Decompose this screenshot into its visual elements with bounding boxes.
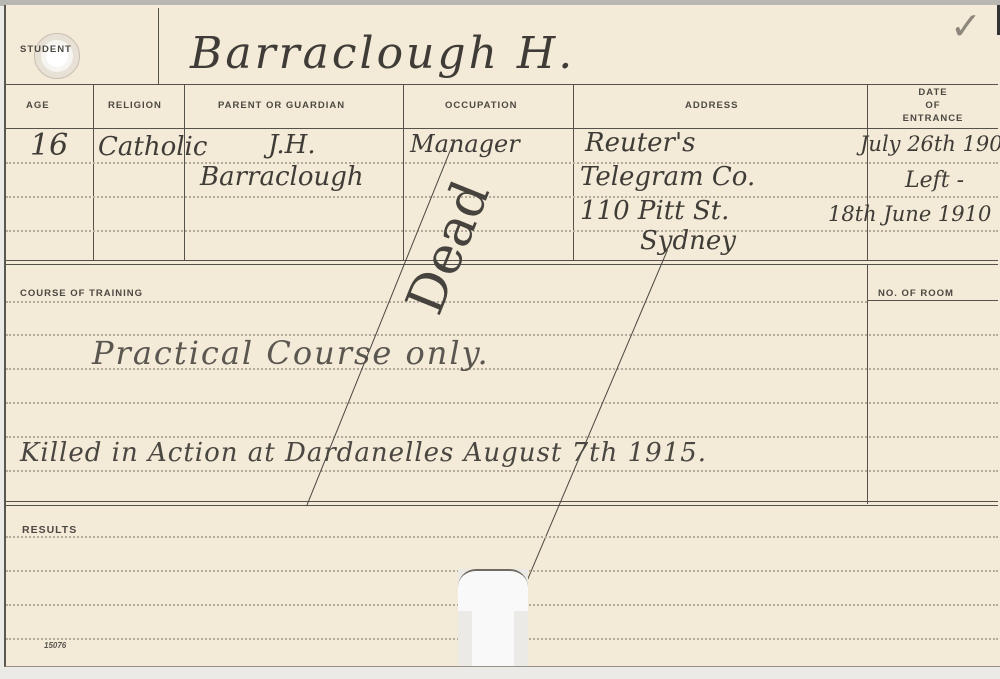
row-rule — [6, 196, 998, 198]
col-divider-religion — [184, 84, 185, 260]
date-value-1: July 26th 1909 — [860, 132, 1000, 156]
student-divider — [158, 8, 159, 84]
table-bottom-line-2 — [6, 264, 998, 265]
header-address: ADDRESS — [685, 100, 738, 111]
header-date-2: OF — [868, 100, 998, 111]
form-number: 15076 — [44, 641, 66, 650]
course-rule — [6, 470, 998, 472]
check-mark-icon: ✓ — [950, 4, 982, 48]
date-value-2: Left - — [905, 168, 964, 193]
course-rule — [6, 402, 998, 404]
header-parent: PARENT OR GUARDIAN — [218, 100, 345, 111]
course-bottom-line — [6, 501, 998, 502]
header-bottom-line — [6, 128, 998, 129]
header-age: AGE — [26, 100, 50, 111]
student-name: Barraclough H. — [190, 28, 575, 79]
header-top-line — [6, 84, 998, 85]
course-label: COURSE OF TRAINING — [20, 288, 143, 299]
religion-value: Catholic — [98, 132, 207, 162]
filing-notch — [458, 569, 528, 666]
course-bottom-line-2 — [6, 505, 998, 506]
col-divider-occupation — [573, 84, 574, 260]
death-note: Killed in Action at Dardanelles August 7… — [20, 438, 707, 468]
course-entry: Practical Course only. — [92, 334, 490, 372]
results-rule — [6, 536, 998, 538]
address-value-1: Reuter's — [585, 128, 695, 158]
address-value-3: 110 Pitt St. — [580, 196, 729, 226]
punch-hole — [34, 33, 80, 79]
age-value: 16 — [30, 128, 68, 163]
room-header-line — [867, 300, 998, 301]
occupation-value: Manager — [410, 130, 520, 158]
col-divider-parent — [403, 84, 404, 260]
header-occupation: OCCUPATION — [445, 100, 517, 111]
row-rule — [6, 162, 998, 164]
header-religion: RELIGION — [108, 100, 162, 111]
parent-value-2: Barraclough — [200, 162, 364, 192]
address-value-2: Telegram Co. — [580, 162, 755, 192]
room-label: NO. OF ROOM — [878, 288, 954, 299]
address-value-4: Sydney — [640, 226, 736, 256]
parent-value-1: J.H. — [268, 130, 316, 160]
header-date-3: ENTRANCE — [868, 113, 998, 124]
date-value-3: 18th June 1910 — [828, 202, 991, 226]
table-bottom-line — [6, 260, 998, 261]
header-date-1: DATE — [868, 87, 998, 98]
results-label: RESULTS — [22, 524, 77, 536]
row-rule — [6, 230, 998, 232]
col-divider-age — [93, 84, 94, 260]
student-label: STUDENT — [20, 44, 72, 55]
